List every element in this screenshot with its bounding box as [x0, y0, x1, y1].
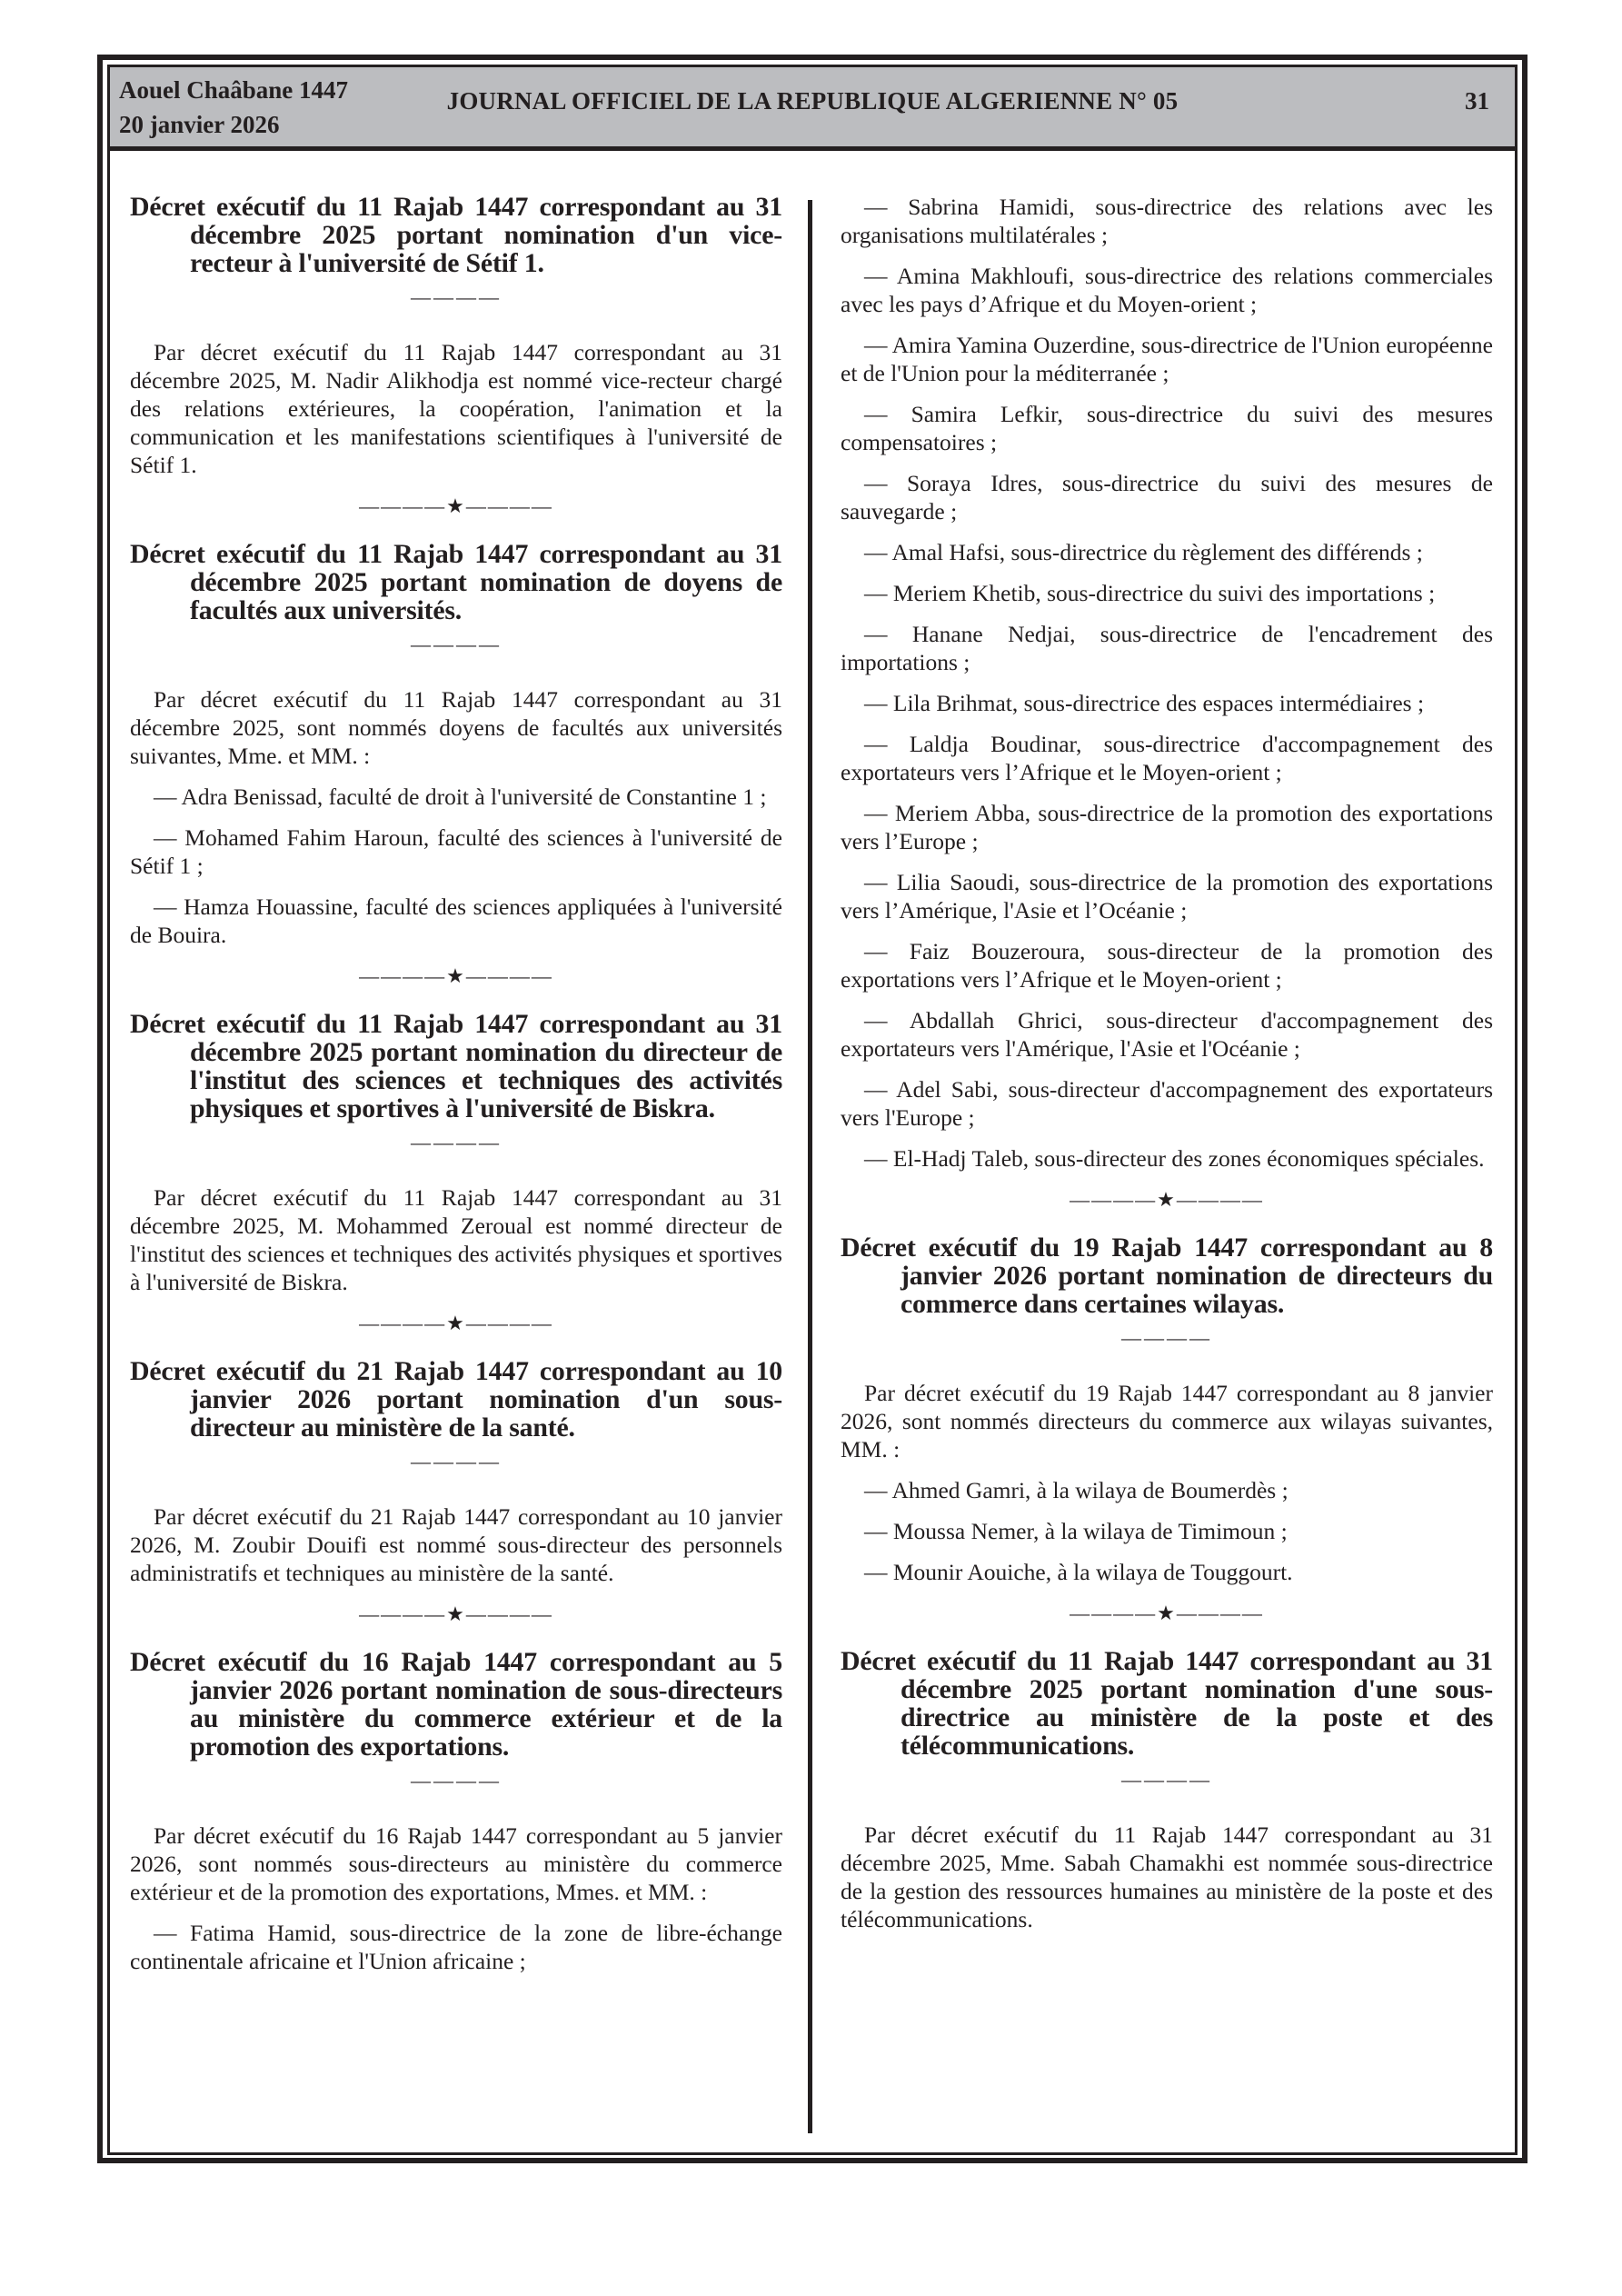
nomination-item: — Soraya Idres, sous-directrice du suivi… [841, 469, 1493, 525]
decree-title: Décret exécutif du 11 Rajab 1447 corresp… [130, 540, 782, 624]
nomination-item: — Hanane Nedjai, sous-directrice de l'en… [841, 620, 1493, 676]
nomination-item: — Lila Brihmat, sous-directrice des espa… [841, 689, 1493, 717]
decree-title: Décret exécutif du 19 Rajab 1447 corresp… [841, 1233, 1493, 1318]
star-icon: ————★———— [359, 964, 553, 987]
decree-body: Par décret exécutif du 11 Rajab 1447 cor… [841, 1821, 1493, 1933]
star-icon: ————★———— [359, 1312, 553, 1334]
nomination-item: — Amira Yamina Ouzerdine, sous-directric… [841, 331, 1493, 387]
decree-directeur-institut-biskra: Décret exécutif du 11 Rajab 1447 corresp… [130, 1010, 782, 1337]
decree-title: Décret exécutif du 16 Rajab 1447 corresp… [130, 1648, 782, 1761]
dash-separator: ———— [130, 1766, 782, 1794]
decree-title: Décret exécutif du 11 Rajab 1447 corresp… [841, 1647, 1493, 1760]
decree-sous-directeurs-commerce-exterieur-continued: — Sabrina Hamidi, sous-directrice des re… [841, 193, 1493, 1213]
nomination-item: — Faiz Bouzeroura, sous-directeur de la … [841, 937, 1493, 993]
star-separator: ————★———— [130, 1309, 782, 1337]
decree-title: Décret exécutif du 11 Rajab 1447 corresp… [130, 1010, 782, 1123]
decree-sous-directeur-sante: Décret exécutif du 21 Rajab 1447 corresp… [130, 1357, 782, 1628]
right-column: — Sabrina Hamidi, sous-directrice des re… [841, 193, 1493, 1946]
nomination-item: — Adel Sabi, sous-directeur d'accompagne… [841, 1075, 1493, 1132]
column-divider [808, 200, 812, 2133]
nomination-item: — Meriem Abba, sous-directrice de la pro… [841, 799, 1493, 855]
page-number: 31 [1465, 87, 1489, 115]
nomination-item: — Mounir Aouiche, à la wilaya de Touggou… [841, 1558, 1493, 1586]
star-icon: ————★———— [359, 494, 553, 517]
star-separator: ————★———— [130, 492, 782, 520]
decree-body: Par décret exécutif du 11 Rajab 1447 cor… [130, 1183, 782, 1296]
star-icon: ————★———— [1070, 1602, 1264, 1624]
decree-body: Par décret exécutif du 21 Rajab 1447 cor… [130, 1502, 782, 1587]
nomination-item: — Adra Benissad, faculté de droit à l'un… [130, 783, 782, 811]
dash-separator: ———— [130, 1447, 782, 1475]
decree-body: Par décret exécutif du 19 Rajab 1447 cor… [841, 1379, 1493, 1463]
nomination-item: — Laldja Boudinar, sous-directrice d'acc… [841, 730, 1493, 786]
star-separator: ————★———— [130, 1600, 782, 1628]
decree-doyens-facultes: Décret exécutif du 11 Rajab 1447 corresp… [130, 540, 782, 990]
nomination-item: — Mohamed Fahim Haroun, faculté des scie… [130, 824, 782, 880]
star-separator: ————★———— [841, 1185, 1493, 1213]
decree-title: Décret exécutif du 11 Rajab 1447 corresp… [130, 193, 782, 277]
nomination-item: — El-Hadj Taleb, sous-directeur des zone… [841, 1144, 1493, 1173]
nomination-item: — Moussa Nemer, à la wilaya de Timimoun … [841, 1517, 1493, 1545]
nomination-item: — Hamza Houassine, faculté des sciences … [130, 893, 782, 949]
star-separator: ————★———— [841, 1599, 1493, 1627]
dash-separator: ———— [841, 1323, 1493, 1352]
nomination-item: — Sabrina Hamidi, sous-directrice des re… [841, 193, 1493, 249]
decree-sous-directeurs-commerce-exterieur: Décret exécutif du 16 Rajab 1447 corresp… [130, 1648, 782, 1975]
nomination-item: — Abdallah Ghrici, sous-directeur d'acco… [841, 1006, 1493, 1063]
page-header: Aouel Chaâbane 1447 20 janvier 2026 JOUR… [110, 67, 1515, 151]
nomination-item: — Ahmed Gamri, à la wilaya de Boumerdès … [841, 1476, 1493, 1504]
star-icon: ————★———— [1070, 1188, 1264, 1211]
star-separator: ————★———— [130, 962, 782, 990]
decree-directeurs-commerce-wilayas: Décret exécutif du 19 Rajab 1447 corresp… [841, 1233, 1493, 1627]
journal-title: JOURNAL OFFICIEL DE LA REPUBLIQUE ALGERI… [110, 87, 1515, 115]
nomination-item: — Meriem Khetib, sous-directrice du suiv… [841, 579, 1493, 607]
decree-body: Par décret exécutif du 16 Rajab 1447 cor… [130, 1822, 782, 1906]
star-icon: ————★———— [359, 1602, 553, 1625]
decree-title: Décret exécutif du 21 Rajab 1447 corresp… [130, 1357, 782, 1442]
left-column: Décret exécutif du 11 Rajab 1447 corresp… [130, 193, 782, 1988]
decree-body: Par décret exécutif du 11 Rajab 1447 cor… [130, 338, 782, 479]
nomination-item: — Lilia Saoudi, sous-directrice de la pr… [841, 868, 1493, 924]
nomination-item: — Fatima Hamid, sous-directrice de la zo… [130, 1919, 782, 1975]
decree-vice-recteur-setif: Décret exécutif du 11 Rajab 1447 corresp… [130, 193, 782, 520]
dash-separator: ———— [841, 1765, 1493, 1793]
nomination-item: — Samira Lefkir, sous-directrice du suiv… [841, 400, 1493, 456]
dash-separator: ———— [130, 1128, 782, 1156]
decree-body: Par décret exécutif du 11 Rajab 1447 cor… [130, 685, 782, 770]
nomination-item: — Amal Hafsi, sous-directrice du règleme… [841, 538, 1493, 566]
dash-separator: ———— [130, 630, 782, 658]
dash-separator: ———— [130, 283, 782, 311]
decree-sous-directrice-poste: Décret exécutif du 11 Rajab 1447 corresp… [841, 1647, 1493, 1933]
nomination-item: — Amina Makhloufi, sous-directrice des r… [841, 262, 1493, 318]
